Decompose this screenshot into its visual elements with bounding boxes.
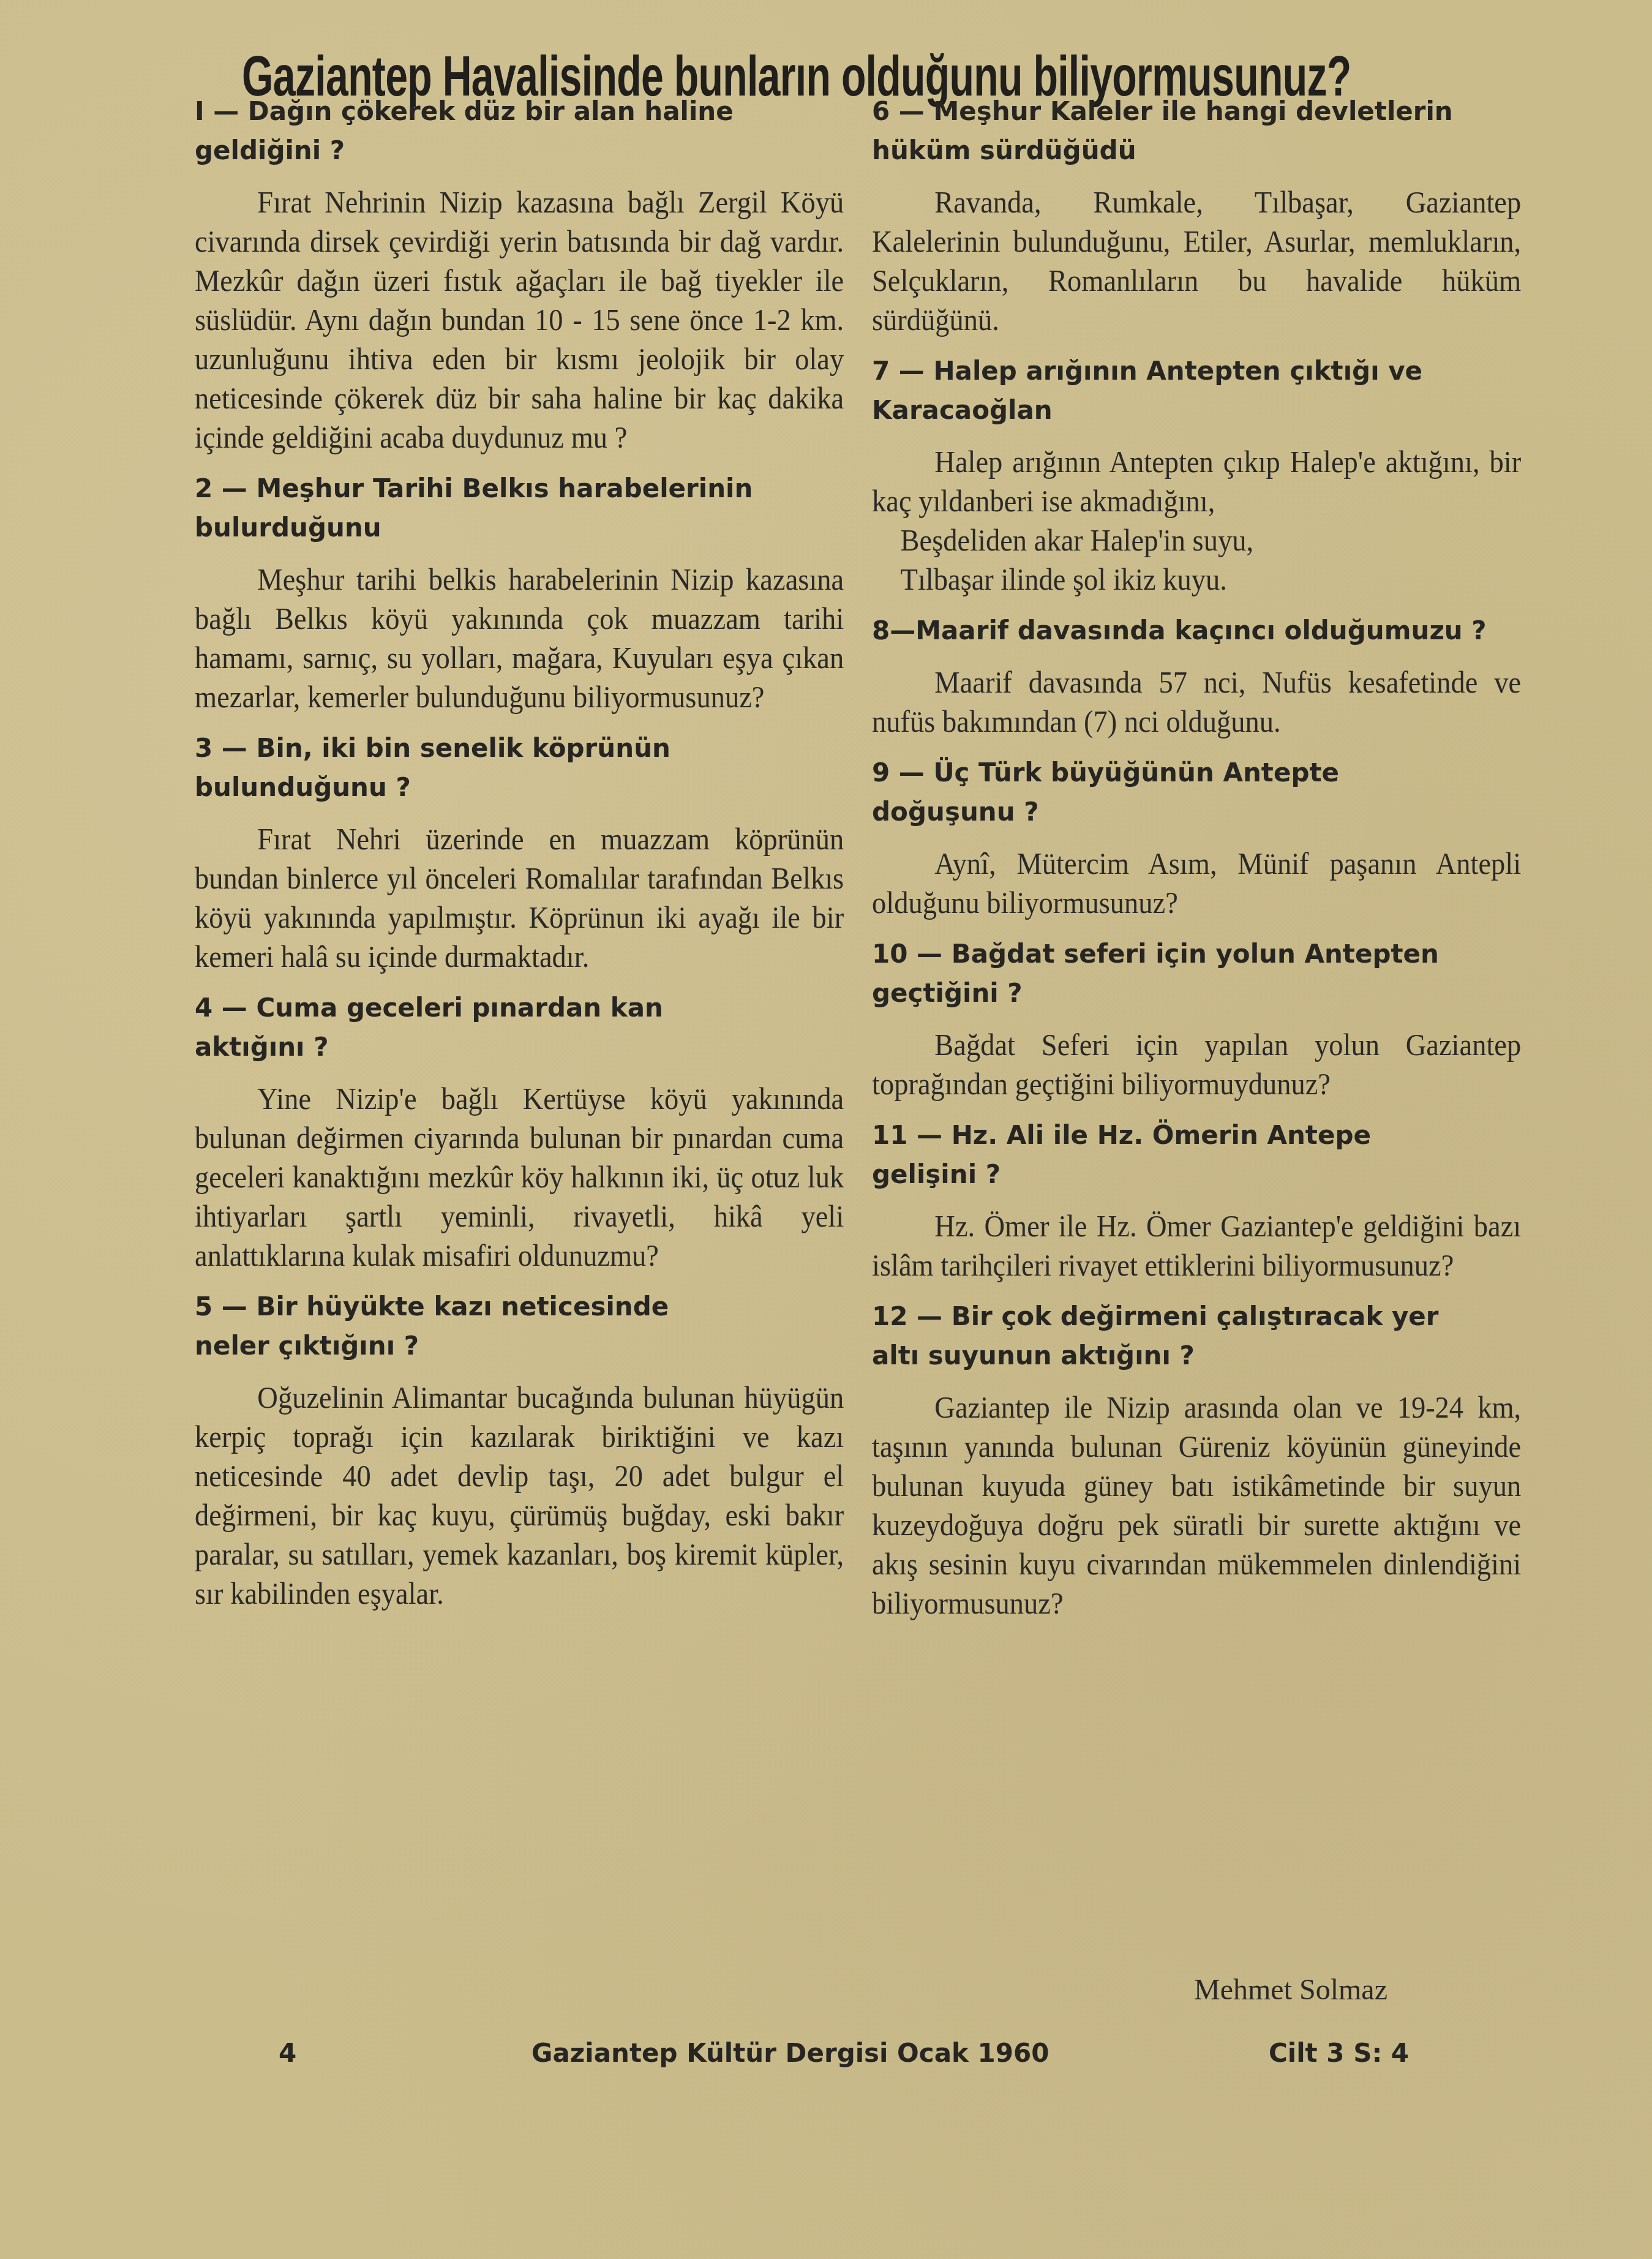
- question-section-9: 9 — Üç Türk büyüğünün Antepte doğuşunu ?…: [872, 753, 1521, 922]
- heading-line-2: bulunduğunu ?: [195, 768, 844, 807]
- heading-line-2: neler çıktığını ?: [195, 1326, 844, 1366]
- heading-line-2: Karacaoğlan: [872, 391, 1521, 430]
- question-section-12: 12 — Bir çok değirmeni çalıştıracak yer …: [872, 1297, 1521, 1623]
- heading-line-1: 5 — Bir hüyükte kazı neticesinde: [195, 1291, 669, 1321]
- heading-line-1: 4 — Cuma geceleri pınardan kan: [195, 993, 663, 1023]
- question-body: Ravanda, Rumkale, Tılbaşar, Gaziantep Ka…: [872, 182, 1521, 339]
- question-body: Aynî, Mütercim Asım, Münif paşanın Antep…: [872, 844, 1521, 922]
- question-body: Bağdat Seferi için yapılan yolun Gaziant…: [872, 1025, 1521, 1103]
- question-section-11: 11 — Hz. Ali ile Hz. Ömerin Antepe geliş…: [872, 1116, 1521, 1285]
- question-section-7: 7 — Halep arığının Antepten çıktığı ve K…: [872, 351, 1521, 599]
- question-heading: I — Dağın çökerek düz bir alan haline ge…: [195, 92, 844, 170]
- heading-line-2: geldiğini ?: [195, 131, 844, 170]
- question-heading: 11 — Hz. Ali ile Hz. Ömerin Antepe geliş…: [872, 1116, 1521, 1194]
- heading-line-1: 9 — Üç Türk büyüğünün Antepte: [872, 757, 1339, 787]
- magazine-page: Gaziantep Havalisinde bunların olduğunu …: [0, 0, 1652, 2259]
- question-heading: 6 — Meşhur Kaleler ile hangi devletlerin…: [872, 92, 1521, 170]
- question-body: Maarif davasında 57 nci, Nufüs kesafetin…: [872, 663, 1521, 741]
- question-heading: 5 — Bir hüyükte kazı neticesinde neler ç…: [195, 1287, 844, 1366]
- question-body: Oğuzelinin Alimantar bucağında bulunan h…: [195, 1378, 844, 1613]
- right-column: 6 — Meşhur Kaleler ile hangi devletlerin…: [872, 92, 1521, 1635]
- heading-line-1: I — Dağın çökerek düz bir alan haline: [195, 96, 734, 126]
- heading-line-1: 6 — Meşhur Kaleler ile hangi devletlerin: [872, 96, 1453, 126]
- question-section-2: 2 — Meşhur Tarihi Belkıs harabelerinin b…: [195, 469, 844, 716]
- question-heading: 3 — Bin, iki bin senelik köprünün bulund…: [195, 729, 844, 807]
- question-heading: 12 — Bir çok değirmeni çalıştıracak yer …: [872, 1297, 1521, 1375]
- page-number: 4: [279, 2038, 296, 2068]
- question-body: Fırat Nehri üzerinde en muazzam köprünün…: [195, 819, 844, 976]
- heading-line-1: 11 — Hz. Ali ile Hz. Ömerin Antepe: [872, 1120, 1371, 1150]
- heading-line-2: altı suyunun aktığını ?: [872, 1336, 1521, 1375]
- left-column: I — Dağın çökerek düz bir alan haline ge…: [195, 92, 844, 1625]
- heading-line-1: 12 — Bir çok değirmeni çalıştıracak yer: [872, 1301, 1439, 1331]
- volume-issue: Cilt 3 S: 4: [1269, 2038, 1409, 2068]
- question-heading: 2 — Meşhur Tarihi Belkıs harabelerinin b…: [195, 469, 844, 547]
- question-section-5: 5 — Bir hüyükte kazı neticesinde neler ç…: [195, 1287, 844, 1613]
- verse-line: Tılbaşar ilinde şol ikiz kuyu.: [872, 560, 1550, 599]
- heading-line-2: hüküm sürdüğüdü: [872, 131, 1521, 170]
- heading-line-1: 2 — Meşhur Tarihi Belkıs harabelerinin: [195, 473, 753, 503]
- question-section-1: I — Dağın çökerek düz bir alan haline ge…: [195, 92, 844, 457]
- question-body: Meşhur tarihi belkis harabelerinin Nizip…: [195, 560, 844, 716]
- verse-line: Beşdeliden akar Halep'in suyu,: [872, 521, 1550, 560]
- question-body: Yine Nizip'e bağlı Kertüyse köyü yakının…: [195, 1079, 844, 1275]
- heading-line-1: 3 — Bin, iki bin senelik köprünün: [195, 733, 670, 763]
- question-heading: 4 — Cuma geceleri pınardan kan aktığını …: [195, 988, 844, 1067]
- question-heading: 9 — Üç Türk büyüğünün Antepte doğuşunu ?: [872, 753, 1521, 832]
- question-heading: 8—Maarif davasında kaçıncı olduğumuzu ?: [872, 611, 1521, 650]
- author-signature: Mehmet Solmaz: [1194, 1973, 1387, 2007]
- question-heading: 7 — Halep arığının Antepten çıktığı ve K…: [872, 351, 1521, 430]
- heading-line-2: bulurduğunu: [195, 508, 844, 547]
- question-section-4: 4 — Cuma geceleri pınardan kan aktığını …: [195, 988, 844, 1275]
- question-section-6: 6 — Meşhur Kaleler ile hangi devletlerin…: [872, 92, 1521, 339]
- heading-line-2: doğuşunu ?: [872, 792, 1521, 832]
- heading-line-1: 7 — Halep arığının Antepten çıktığı ve: [872, 356, 1422, 386]
- heading-line-1: 8—Maarif davasında kaçıncı olduğumuzu ?: [872, 615, 1487, 645]
- question-body: Halep arığının Antepten çıkıp Halep'e ak…: [872, 442, 1521, 521]
- heading-line-2: aktığını ?: [195, 1028, 844, 1067]
- question-heading: 10 — Bağdat seferi için yolun Antepten g…: [872, 934, 1521, 1013]
- question-section-8: 8—Maarif davasında kaçıncı olduğumuzu ? …: [872, 611, 1521, 741]
- heading-line-1: 10 — Bağdat seferi için yolun Antepten: [872, 939, 1439, 969]
- heading-line-2: gelişini ?: [872, 1155, 1521, 1194]
- question-body: Gaziantep ile Nizip arasında olan ve 19-…: [872, 1388, 1521, 1623]
- heading-line-2: geçtiğini ?: [872, 974, 1521, 1013]
- question-section-10: 10 — Bağdat seferi için yolun Antepten g…: [872, 934, 1521, 1103]
- magazine-issue: Gaziantep Kültür Dergisi Ocak 1960: [531, 2038, 1049, 2068]
- question-body: Hz. Ömer ile Hz. Ömer Gaziantep'e geldiğ…: [872, 1206, 1521, 1285]
- question-body: Fırat Nehrinin Nizip kazasına bağlı Zerg…: [195, 182, 844, 457]
- page-footer: 4 Gaziantep Kültür Dergisi Ocak 1960 Cil…: [0, 2032, 1652, 2081]
- question-section-3: 3 — Bin, iki bin senelik köprünün bulund…: [195, 729, 844, 976]
